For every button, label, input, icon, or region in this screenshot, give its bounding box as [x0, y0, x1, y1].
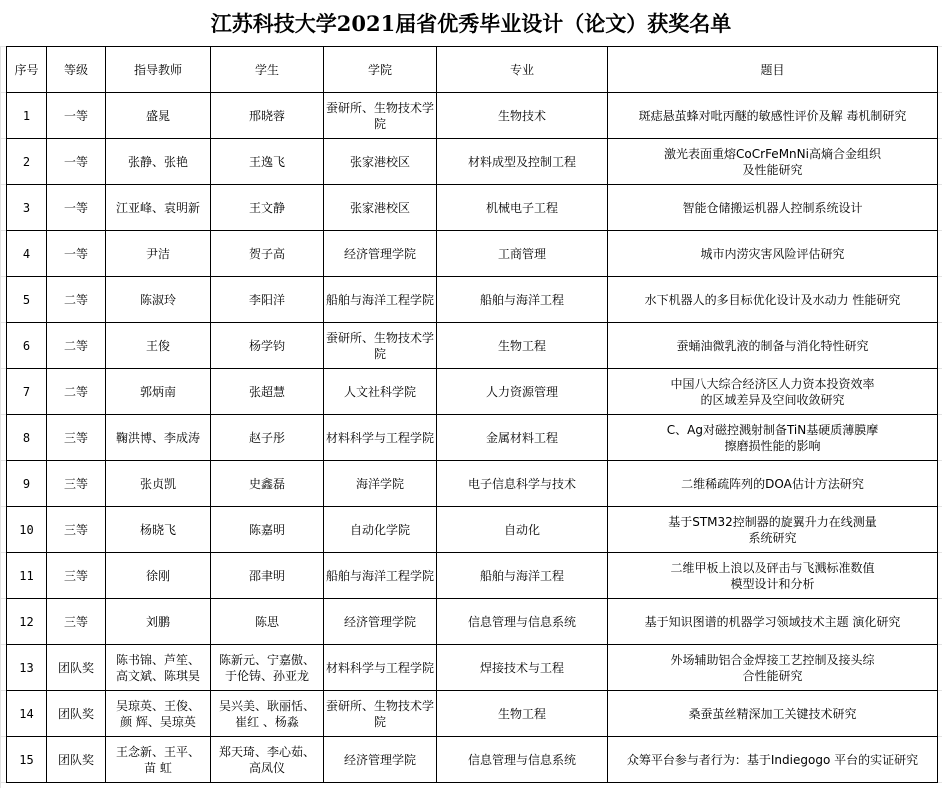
cell-student[interactable]: 王文静: [211, 185, 324, 231]
cell-student[interactable]: 史鑫磊: [211, 461, 324, 507]
cell-college[interactable]: 材料科学与工程学院: [324, 415, 437, 461]
page-title: 江苏科技大学2021届省优秀毕业设计（论文）获奖名单: [0, 0, 942, 46]
cell-student[interactable]: 陈思: [211, 599, 324, 645]
cell-major[interactable]: 船舶与海洋工程: [437, 277, 608, 323]
cell-college[interactable]: 自动化学院: [324, 507, 437, 553]
cell-major[interactable]: 材料成型及控制工程: [437, 139, 608, 185]
cell-topic[interactable]: 基于STM32控制器的旋翼升力在线测量 系统研究: [608, 507, 938, 553]
cell-topic[interactable]: 二维稀疏阵列的DOA估计方法研究: [608, 461, 938, 507]
cell-advisor[interactable]: 张贞凯: [106, 461, 211, 507]
cell-college[interactable]: 经济管理学院: [324, 231, 437, 277]
cell-no[interactable]: 4: [7, 231, 47, 277]
cell-major[interactable]: 自动化: [437, 507, 608, 553]
cell-topic[interactable]: 二维甲板上浪以及砰击与飞溅标准数值 模型设计和分析: [608, 553, 938, 599]
header-topic[interactable]: 题目: [608, 47, 938, 93]
cell-major[interactable]: 生物技术: [437, 93, 608, 139]
cell-advisor[interactable]: 杨晓飞: [106, 507, 211, 553]
cell-topic[interactable]: 桑蚕茧丝精深加工关键技术研究: [608, 691, 938, 737]
cell-level[interactable]: 一等: [47, 93, 106, 139]
table-row: 2一等张静、张艳王逸飞张家港校区材料成型及控制工程激光表面重熔CoCrFeMnN…: [7, 139, 938, 185]
header-student[interactable]: 学生: [211, 47, 324, 93]
cell-student[interactable]: 赵子彤: [211, 415, 324, 461]
cell-no[interactable]: 7: [7, 369, 47, 415]
cell-student[interactable]: 贺子高: [211, 231, 324, 277]
cell-college[interactable]: 海洋学院: [324, 461, 437, 507]
cell-college[interactable]: 人文社科学院: [324, 369, 437, 415]
cell-major[interactable]: 电子信息科学与技术: [437, 461, 608, 507]
cell-college[interactable]: 张家港校区: [324, 185, 437, 231]
cell-student[interactable]: 吴兴美、耿丽恬、 崔红 、杨淼: [211, 691, 324, 737]
table-row: 4一等尹洁贺子高经济管理学院工商管理城市内涝灾害风险评估研究: [7, 231, 938, 277]
cell-major[interactable]: 金属材料工程: [437, 415, 608, 461]
cell-advisor[interactable]: 陈淑玲: [106, 277, 211, 323]
cell-topic[interactable]: 激光表面重熔CoCrFeMnNi高熵合金组织 及性能研究: [608, 139, 938, 185]
cell-no[interactable]: 11: [7, 553, 47, 599]
header-major[interactable]: 专业: [437, 47, 608, 93]
cell-advisor[interactable]: 吴琼英、王俊、 颜 辉、吴琼英: [106, 691, 211, 737]
cell-advisor[interactable]: 陈书锦、芦笙、 高文斌、陈琪昊: [106, 645, 211, 691]
cell-advisor[interactable]: 盛晁: [106, 93, 211, 139]
cell-no[interactable]: 10: [7, 507, 47, 553]
cell-advisor[interactable]: 鞠洪博、李成涛: [106, 415, 211, 461]
cell-topic[interactable]: 斑痣悬茧蜂对吡丙醚的敏感性评价及解 毒机制研究: [608, 93, 938, 139]
cell-level[interactable]: 三等: [47, 461, 106, 507]
cell-no[interactable]: 5: [7, 277, 47, 323]
cell-advisor[interactable]: 徐刚: [106, 553, 211, 599]
cell-college[interactable]: 经济管理学院: [324, 599, 437, 645]
cell-advisor[interactable]: 刘鹏: [106, 599, 211, 645]
cell-no[interactable]: 2: [7, 139, 47, 185]
cell-no[interactable]: 3: [7, 185, 47, 231]
cell-topic[interactable]: 外场辅助铝合金焊接工艺控制及接头综 合性能研究: [608, 645, 938, 691]
cell-major[interactable]: 焊接技术与工程: [437, 645, 608, 691]
header-no[interactable]: 序号: [7, 47, 47, 93]
table-row: 7二等郭炳南张超慧人文社科学院人力资源管理中国八大综合经济区人力资本投资效率 的…: [7, 369, 938, 415]
cell-major[interactable]: 信息管理与信息系统: [437, 599, 608, 645]
cell-major[interactable]: 船舶与海洋工程: [437, 553, 608, 599]
cell-advisor[interactable]: 王念新、王平、 苗 虹: [106, 737, 211, 783]
cell-level[interactable]: 团队奖: [47, 691, 106, 737]
cell-major[interactable]: 工商管理: [437, 231, 608, 277]
cell-major[interactable]: 生物工程: [437, 323, 608, 369]
cell-no[interactable]: 13: [7, 645, 47, 691]
cell-topic[interactable]: 中国八大综合经济区人力资本投资效率 的区域差异及空间收敛研究: [608, 369, 938, 415]
cell-student[interactable]: 陈新元、宁嘉傲、 于伦铸、孙亚龙: [211, 645, 324, 691]
cell-major[interactable]: 机械电子工程: [437, 185, 608, 231]
header-advisor[interactable]: 指导教师: [106, 47, 211, 93]
cell-topic[interactable]: 智能仓储搬运机器人控制系统设计: [608, 185, 938, 231]
cell-level[interactable]: 一等: [47, 139, 106, 185]
cell-topic[interactable]: 蚕蛹油微乳液的制备与消化特性研究: [608, 323, 938, 369]
cell-level[interactable]: 一等: [47, 185, 106, 231]
cell-college[interactable]: 蚕研所、生物技术学院: [324, 93, 437, 139]
table-row: 14团队奖吴琼英、王俊、 颜 辉、吴琼英吴兴美、耿丽恬、 崔红 、杨淼蚕研所、生…: [7, 691, 938, 737]
cell-topic[interactable]: 众筹平台参与者行为：基于Indiegogo 平台的实证研究: [608, 737, 938, 783]
cell-no[interactable]: 15: [7, 737, 47, 783]
header-row: 序号 等级 指导教师 学生 学院 专业 题目: [7, 47, 938, 93]
cell-level[interactable]: 团队奖: [47, 737, 106, 783]
table-row: 12三等刘鹏陈思经济管理学院信息管理与信息系统基于知识图谱的机器学习领域技术主题…: [7, 599, 938, 645]
cell-level[interactable]: 二等: [47, 323, 106, 369]
cell-college[interactable]: 船舶与海洋工程学院: [324, 553, 437, 599]
cell-major[interactable]: 生物工程: [437, 691, 608, 737]
cell-topic[interactable]: C、Ag对磁控溅射制备TiN基硬质薄膜摩 擦磨损性能的影响: [608, 415, 938, 461]
cell-level[interactable]: 二等: [47, 277, 106, 323]
cell-level[interactable]: 三等: [47, 415, 106, 461]
table-row: 9三等张贞凯史鑫磊海洋学院电子信息科学与技术二维稀疏阵列的DOA估计方法研究: [7, 461, 938, 507]
table-row: 1一等盛晁邢晓蓉蚕研所、生物技术学院生物技术斑痣悬茧蜂对吡丙醚的敏感性评价及解 …: [7, 93, 938, 139]
cell-no[interactable]: 12: [7, 599, 47, 645]
table-row: 11三等徐刚邵聿明船舶与海洋工程学院船舶与海洋工程二维甲板上浪以及砰击与飞溅标准…: [7, 553, 938, 599]
cell-student[interactable]: 郑天琦、李心茹、 高凤仪: [211, 737, 324, 783]
table-row: 3一等江亚峰、袁明新王文静张家港校区机械电子工程智能仓储搬运机器人控制系统设计: [7, 185, 938, 231]
cell-topic[interactable]: 基于知识图谱的机器学习领域技术主题 演化研究: [608, 599, 938, 645]
cell-college[interactable]: 经济管理学院: [324, 737, 437, 783]
cell-topic[interactable]: 水下机器人的多目标优化设计及水动力 性能研究: [608, 277, 938, 323]
cell-student[interactable]: 张超慧: [211, 369, 324, 415]
cell-level[interactable]: 三等: [47, 599, 106, 645]
table-row: 10三等杨晓飞陈嘉明自动化学院自动化基于STM32控制器的旋翼升力在线测量 系统…: [7, 507, 938, 553]
cell-no[interactable]: 6: [7, 323, 47, 369]
header-college[interactable]: 学院: [324, 47, 437, 93]
table-row: 5二等陈淑玲李阳洋船舶与海洋工程学院船舶与海洋工程水下机器人的多目标优化设计及水…: [7, 277, 938, 323]
cell-advisor[interactable]: 王俊: [106, 323, 211, 369]
cell-advisor[interactable]: 尹洁: [106, 231, 211, 277]
cell-topic[interactable]: 城市内涝灾害风险评估研究: [608, 231, 938, 277]
cell-level[interactable]: 二等: [47, 369, 106, 415]
cell-student[interactable]: 王逸飞: [211, 139, 324, 185]
cell-major[interactable]: 人力资源管理: [437, 369, 608, 415]
cell-college[interactable]: 蚕研所、生物技术学院: [324, 691, 437, 737]
table-row: 6二等王俊杨学钧蚕研所、生物技术学院生物工程蚕蛹油微乳液的制备与消化特性研究: [7, 323, 938, 369]
cell-student[interactable]: 邢晓蓉: [211, 93, 324, 139]
cell-advisor[interactable]: 郭炳南: [106, 369, 211, 415]
cell-college[interactable]: 材料科学与工程学院: [324, 645, 437, 691]
cell-no[interactable]: 8: [7, 415, 47, 461]
cell-advisor[interactable]: 江亚峰、袁明新: [106, 185, 211, 231]
cell-college[interactable]: 船舶与海洋工程学院: [324, 277, 437, 323]
cell-college[interactable]: 张家港校区: [324, 139, 437, 185]
table-row: 13团队奖陈书锦、芦笙、 高文斌、陈琪昊陈新元、宁嘉傲、 于伦铸、孙亚龙材料科学…: [7, 645, 938, 691]
table-row: 8三等鞠洪博、李成涛赵子彤材料科学与工程学院金属材料工程C、Ag对磁控溅射制备T…: [7, 415, 938, 461]
cell-major[interactable]: 信息管理与信息系统: [437, 737, 608, 783]
cell-level[interactable]: 一等: [47, 231, 106, 277]
table-row: 15团队奖王念新、王平、 苗 虹郑天琦、李心茹、 高凤仪经济管理学院信息管理与信…: [7, 737, 938, 783]
cell-student[interactable]: 杨学钧: [211, 323, 324, 369]
cell-level[interactable]: 三等: [47, 507, 106, 553]
cell-level[interactable]: 三等: [47, 553, 106, 599]
cell-no[interactable]: 14: [7, 691, 47, 737]
cell-student[interactable]: 陈嘉明: [211, 507, 324, 553]
cell-student[interactable]: 李阳洋: [211, 277, 324, 323]
cell-no[interactable]: 9: [7, 461, 47, 507]
awards-table: 序号 等级 指导教师 学生 学院 专业 题目 1一等盛晁邢晓蓉蚕研所、生物技术学…: [6, 46, 938, 783]
header-level[interactable]: 等级: [47, 47, 106, 93]
cell-no[interactable]: 1: [7, 93, 47, 139]
cell-advisor[interactable]: 张静、张艳: [106, 139, 211, 185]
cell-student[interactable]: 邵聿明: [211, 553, 324, 599]
cell-level[interactable]: 团队奖: [47, 645, 106, 691]
cell-college[interactable]: 蚕研所、生物技术学院: [324, 323, 437, 369]
